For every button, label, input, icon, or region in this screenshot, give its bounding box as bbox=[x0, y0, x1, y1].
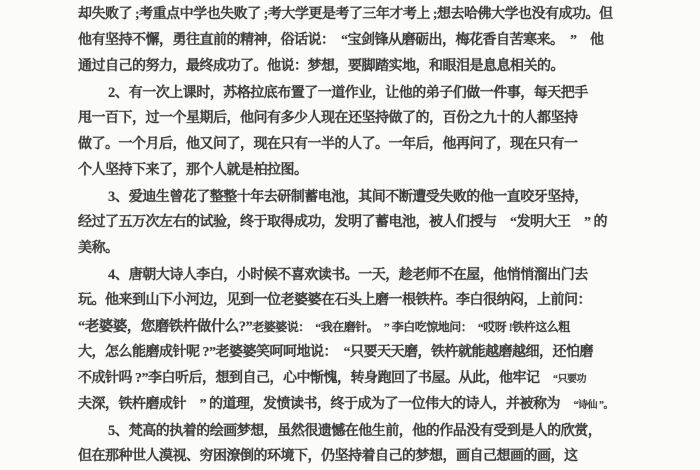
text-segment: 但在那种世人漠视、穷困潦倒的环境下，仍坚持着自己的梦想，画自己想画的画，这 bbox=[78, 449, 578, 464]
text-segment: 做了。一个月后，他又问了，现在只有一半的人了。一年后，他再问了，现在只有一 bbox=[78, 137, 578, 152]
text-line: 个人坚持下来了，那个人就是柏拉图。 bbox=[78, 158, 700, 184]
text-segment: 他有坚持不懈，勇往直前的精神，俗话说： “宝剑锋从磨砺出，梅花香自苦寒来。 ” … bbox=[78, 33, 604, 48]
text-line: 4、唐朝大诗人李白，小时候不喜欢读书。一天，趁老师不在屋，他悄悄溜出门去 bbox=[78, 262, 700, 288]
document-text-block: 却失败了 ;考重点中学也失败了 ;考大学更是考了三年才考上 ;想去哈佛大学也没有… bbox=[78, 2, 700, 470]
text-line: 经过了五万次左右的试验，终于取得成功，发明了蓄电池，被人们授与 “发明大王 ” … bbox=[78, 210, 700, 236]
text-segment: 梵高的执着的绘画梦想，虽然很遗憾在他生前，他的作品没有受到是人的欣赏， bbox=[129, 424, 602, 439]
text-segment: 老婆婆说： “我在磨针。 ” 李白吃惊地问： “哎呀 !铁杵这么粗 bbox=[252, 320, 570, 334]
scanned-document-page: 却失败了 ;考重点中学也失败了 ;考大学更是考了三年才考上 ;想去哈佛大学也没有… bbox=[0, 0, 700, 470]
text-line: 玩。他来到山下小河边，见到一位老婆婆在石头上磨一根铁杵。李白很纳闷，上前问： bbox=[78, 288, 700, 314]
text-segment: “只要功 bbox=[553, 374, 586, 385]
text-segment: 玩。他来到山下小河边，见到一位老婆婆在石头上磨一根铁杵。李白很纳闷，上前问： bbox=[78, 293, 591, 308]
text-segment: 有一次上课时，苏格拉底布置了一道作业，让他的弟子们做一件事，每天把手 bbox=[129, 86, 588, 101]
text-segment: 却失败了 ;考重点中学也失败了 ;考大学更是考了三年才考上 ;想去哈佛大学也没有… bbox=[78, 7, 612, 22]
text-line: 3、爱迪生曾花了整整十年去研制蓄电池，其间不断遭受失败的他一直咬牙坚持， bbox=[78, 184, 700, 210]
text-segment: “老婆婆，您磨铁杵做什么?” bbox=[78, 319, 252, 335]
text-segment: 个人坚持下来了，那个人就是柏拉图。 bbox=[78, 163, 308, 178]
text-segment: 通过自己的努力，最终成功了。他说：梦想，要脚踏实地，和眼泪是息息相关的。 bbox=[78, 59, 564, 74]
text-segment: 大，怎么能磨成针呢 ?”老婆婆笑呵呵地说： “只要天天磨，铁杵就能越磨越细，还怕… bbox=[78, 345, 593, 360]
text-line: 2、有一次上课时，苏格拉底布置了一道作业，让他的弟子们做一件事，每天把手 bbox=[78, 80, 700, 106]
text-segment: 不成针吗 ?”李白听后，想到自己，心中惭愧，转身跑回了书屋。从此，他牢记 bbox=[78, 371, 553, 386]
text-segment: 夫深，铁杵磨成针 ” 的道理，发愤读书，终于成为了一位伟大的诗人，并被称为 bbox=[78, 397, 574, 412]
text-segment: 2、 bbox=[108, 85, 129, 101]
text-line: 不成针吗 ?”李白听后，想到自己，心中惭愧，转身跑回了书屋。从此，他牢记 “只要… bbox=[78, 366, 700, 392]
text-line: 他有坚持不懈，勇往直前的精神，俗话说： “宝剑锋从磨砺出，梅花香自苦寒来。 ” … bbox=[78, 28, 700, 54]
text-line: 美称。 bbox=[78, 236, 700, 262]
text-segment: 4、 bbox=[108, 267, 129, 283]
text-line: 夫深，铁杵磨成针 ” 的道理，发愤读书，终于成为了一位伟大的诗人，并被称为 “诗… bbox=[78, 392, 700, 418]
text-segment: 唐朝大诗人李白，小时候不喜欢读书。一天，趁老师不在屋，他悄悄溜出门去 bbox=[129, 268, 588, 283]
text-segment: 经过了五万次左右的试验，终于取得成功，发明了蓄电池，被人们授与 “发明大王 ” … bbox=[78, 215, 607, 230]
text-line: 大，怎么能磨成针呢 ?”老婆婆笑呵呵地说： “只要天天磨，铁杵就能越磨越细，还怕… bbox=[78, 340, 700, 366]
text-segment: 甩一百下，过一个星期后，他问有多少人现在还坚持做了的，百份之九十的人都坚持 bbox=[78, 111, 578, 126]
text-segment: 美称。 bbox=[78, 241, 119, 256]
text-line: “老婆婆，您磨铁杵做什么?”老婆婆说： “我在磨针。 ” 李白吃惊地问： “哎呀… bbox=[78, 314, 700, 340]
text-line: 却失败了 ;考重点中学也失败了 ;考大学更是考了三年才考上 ;想去哈佛大学也没有… bbox=[78, 2, 700, 28]
text-line: 通过自己的努力，最终成功了。他说：梦想，要脚踏实地，和眼泪是息息相关的。 bbox=[78, 54, 700, 80]
text-line: 5、梵高的执着的绘画梦想，虽然很遗憾在他生前，他的作品没有受到是人的欣赏， bbox=[78, 418, 700, 444]
text-segment: 爱迪生曾花了整整十年去研制蓄电池，其间不断遭受失败的他一直咬牙坚持， bbox=[129, 190, 588, 205]
text-line: 但在那种世人漠视、穷困潦倒的环境下，仍坚持着自己的梦想，画自己想画的画，这 bbox=[78, 444, 700, 470]
text-line: 做了。一个月后，他又问了，现在只有一半的人了。一年后，他再问了，现在只有一 bbox=[78, 132, 700, 158]
text-line: 甩一百下，过一个星期后，他问有多少人现在还坚持做了的，百份之九十的人都坚持 bbox=[78, 106, 700, 132]
text-segment: 3、 bbox=[108, 189, 129, 205]
text-segment: 5、 bbox=[108, 423, 129, 439]
text-segment: “诗仙 ”。 bbox=[574, 400, 614, 411]
